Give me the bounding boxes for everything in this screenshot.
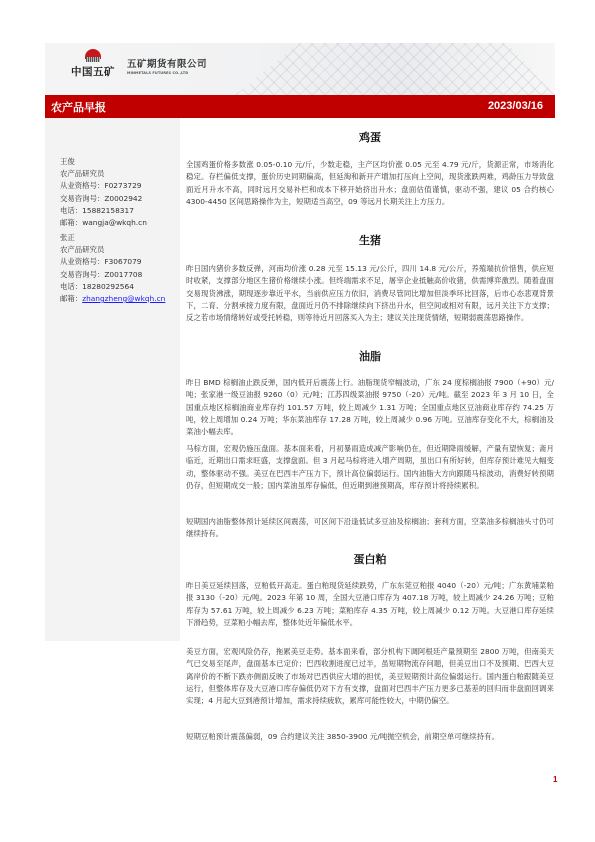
analyst-phone: 电话：15882158317 bbox=[60, 205, 147, 217]
report-title-bar: 农产品早报 2023/03/16 bbox=[45, 95, 555, 118]
analyst-email: wangja@wkqh.cn bbox=[82, 218, 147, 227]
section-paragraph: 短期国内油脂整体预计延续区间震荡，可区间下沿逢低试多豆油及棕榈油；套利方面，空菜… bbox=[186, 516, 554, 541]
section-title-meals: 蛋白粕 bbox=[185, 551, 555, 567]
minmetals-emblem-icon bbox=[85, 49, 101, 62]
analyst-consult-id: 交易咨询号：Z0002942 bbox=[60, 193, 147, 205]
section-title-eggs: 鸡蛋 bbox=[185, 129, 555, 145]
section-title-hogs: 生猪 bbox=[185, 232, 555, 248]
section-paragraph: 昨日国内猪价多数反弹，河南均价涨 0.28 元至 15.13 元/公斤，四川 1… bbox=[186, 263, 554, 324]
section-paragraph: 短期豆粕预计震荡偏弱，09 合约建议关注 3850-3900 元/吨抛空机会，前… bbox=[186, 731, 554, 743]
report-title: 农产品早报 bbox=[51, 99, 106, 115]
analyst-email-row: 邮箱：zhangzheng@wkqh.cn bbox=[60, 293, 165, 305]
analyst-phone: 电话：18280292564 bbox=[60, 281, 165, 293]
analyst-card: 张正 农产品研究员 从业资格号：F3067079 交易咨询号：Z0017708 … bbox=[60, 232, 165, 305]
analyst-name: 张正 bbox=[60, 232, 165, 244]
email-label: 邮箱： bbox=[60, 218, 82, 227]
report-header-banner: 中国五矿 五矿期货有限公司 MINMETALS FUTURES CO.,LTD bbox=[45, 43, 555, 96]
analyst-license: 从业资格号：F3067079 bbox=[60, 256, 165, 268]
company-name-cn: 五矿期货有限公司 bbox=[127, 56, 207, 70]
analyst-license: 从业资格号：F0273729 bbox=[60, 180, 147, 192]
analyst-role: 农产品研究员 bbox=[60, 168, 147, 180]
analyst-role: 农产品研究员 bbox=[60, 244, 165, 256]
email-label: 邮箱： bbox=[60, 294, 82, 303]
section-title-oils: 油脂 bbox=[185, 348, 555, 364]
section-paragraph: 马棕方面，宏观仍施压盘面。基本面来看，月初暴雨造成减产影响仍在，但近期降雨缓解，… bbox=[186, 443, 554, 492]
report-date: 2023/03/16 bbox=[488, 100, 543, 112]
page-number: 1 bbox=[553, 775, 557, 784]
analyst-name: 王俊 bbox=[60, 156, 147, 168]
company-name: 五矿期货有限公司 MINMETALS FUTURES CO.,LTD bbox=[127, 56, 207, 75]
section-paragraph: 全国鸡蛋价格多数涨 0.05-0.10 元/斤，少数走稳，主产区均价涨 0.05… bbox=[186, 159, 554, 208]
analyst-card: 王俊 农产品研究员 从业资格号：F0273729 交易咨询号：Z0002942 … bbox=[60, 156, 147, 229]
analyst-sidebar: 王俊 农产品研究员 从业资格号：F0273729 交易咨询号：Z0002942 … bbox=[45, 118, 180, 641]
building-lattice-decoration bbox=[235, 43, 555, 95]
section-paragraph: 昨日 BMD 棕榈油止跌反弹，国内低开后震荡上行。油脂现货窄幅波动，广东 24 … bbox=[186, 377, 554, 438]
minmetals-logo: 中国五矿 bbox=[63, 49, 123, 79]
section-paragraph: 美豆方面，宏观风险仍存，拖累美豆走势。基本面来看，部分机构下调阿根廷产量预期至 … bbox=[186, 646, 554, 707]
logo-text: 中国五矿 bbox=[63, 64, 123, 79]
analyst-email-link[interactable]: zhangzheng@wkqh.cn bbox=[82, 294, 165, 303]
company-name-en: MINMETALS FUTURES CO.,LTD bbox=[127, 71, 207, 75]
section-paragraph: 昨日美豆延续回落，豆粕低开高走。蛋白粕现货延续跌势，广东东莞豆粕报 4040（-… bbox=[186, 580, 554, 629]
analyst-consult-id: 交易咨询号：Z0017708 bbox=[60, 269, 165, 281]
analyst-email-row: 邮箱：wangja@wkqh.cn bbox=[60, 217, 147, 229]
